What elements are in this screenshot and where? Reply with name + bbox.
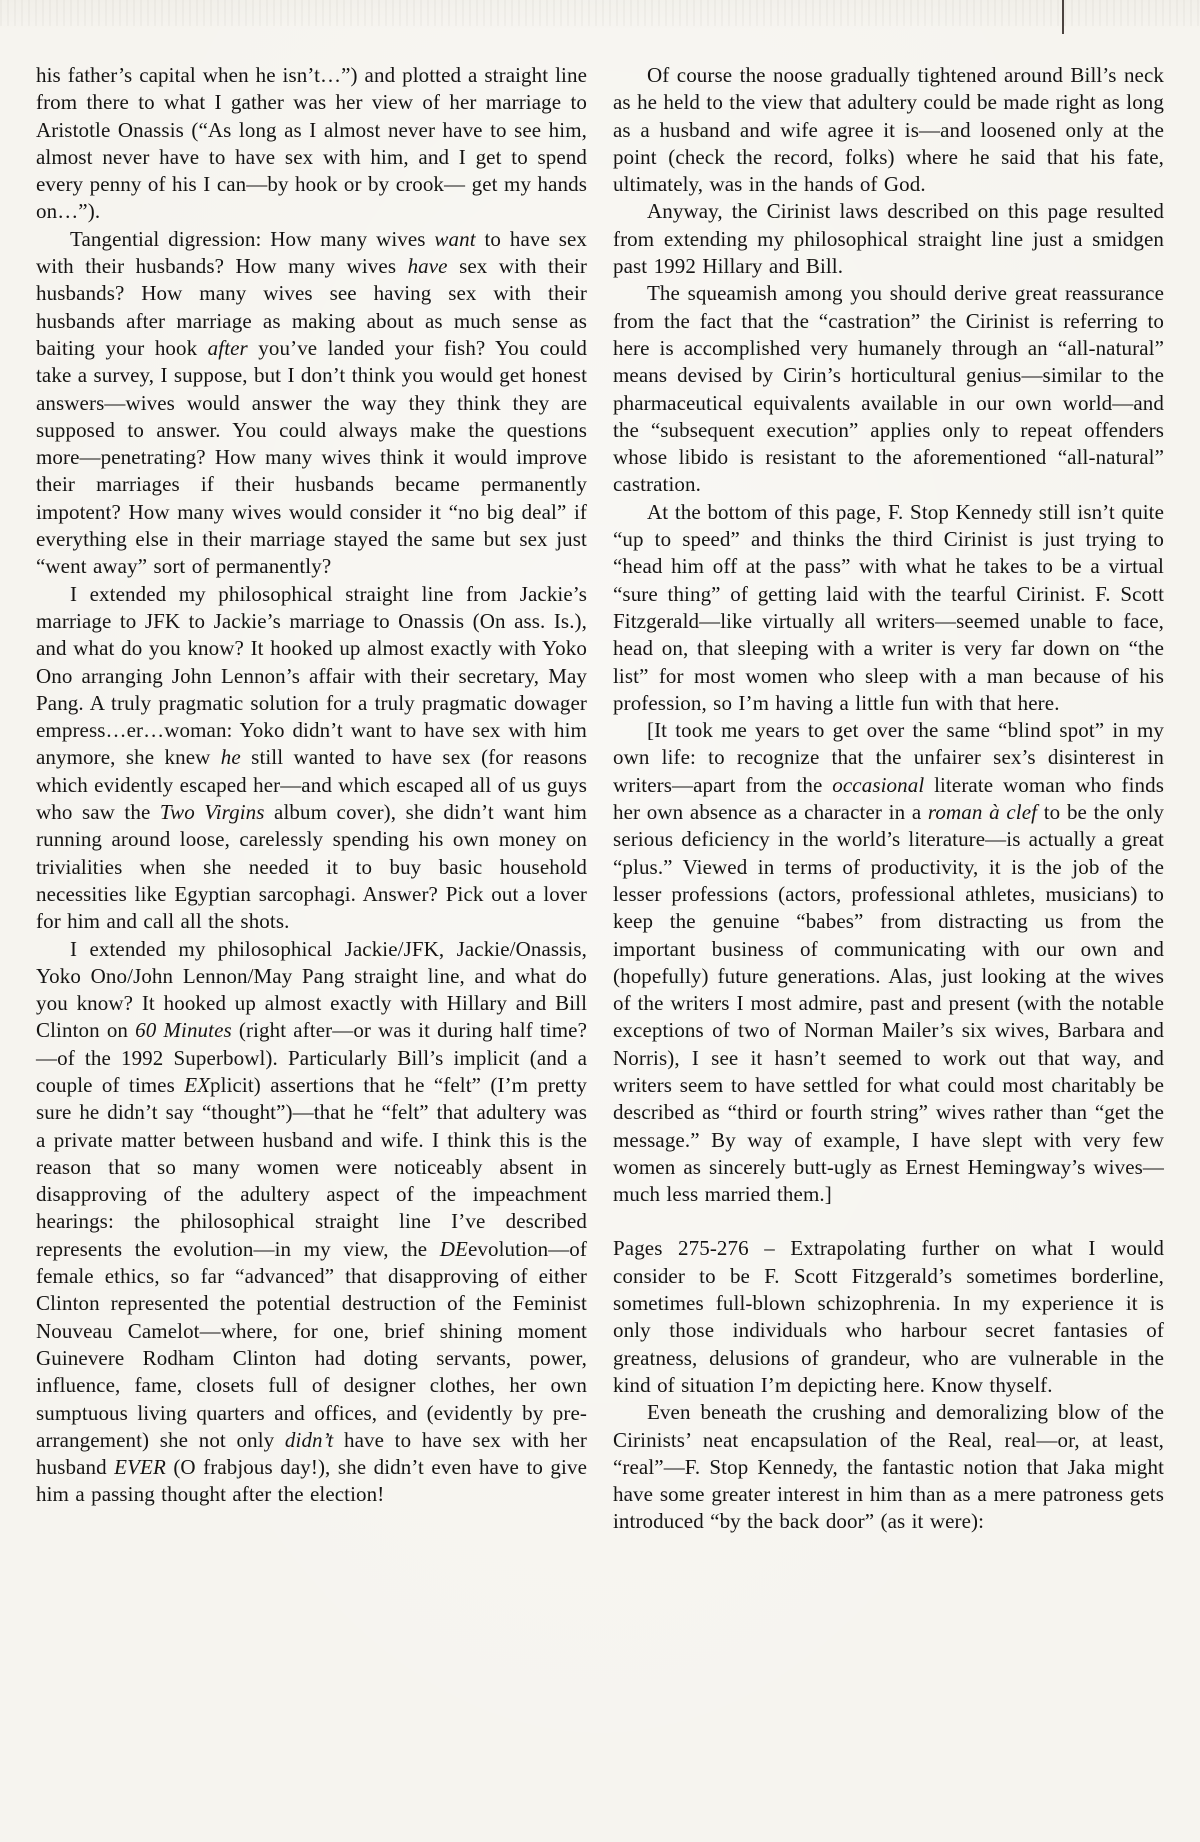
paragraph: Of course the noose gradually tightened … bbox=[613, 62, 1164, 198]
scan-artifact-mark bbox=[1062, 0, 1064, 34]
italic-text: occasional bbox=[832, 773, 924, 797]
italic-text: 60 Minutes bbox=[135, 1018, 232, 1042]
italic-text: he bbox=[221, 745, 241, 769]
text-column-left: his father’s capital when he isn’t…”) an… bbox=[36, 62, 587, 1536]
scanned-page: his father’s capital when he isn’t…”) an… bbox=[0, 0, 1200, 1842]
italic-text: DE bbox=[440, 1237, 468, 1261]
text-column-right: Of course the noose gradually tightened … bbox=[613, 62, 1164, 1536]
two-column-text-body: his father’s capital when he isn’t…”) an… bbox=[36, 62, 1164, 1536]
paragraph: I extended my philosophical straight lin… bbox=[36, 581, 587, 936]
italic-text: want bbox=[434, 227, 475, 251]
paragraph: Tangential digression: How many wives wa… bbox=[36, 226, 587, 581]
italic-text: didn’t bbox=[285, 1428, 333, 1452]
paragraph: The squeamish among you should derive gr… bbox=[613, 280, 1164, 498]
paragraph: At the bottom of this page, F. Stop Kenn… bbox=[613, 499, 1164, 717]
paragraph: [It took me years to get over the same “… bbox=[613, 717, 1164, 1208]
paragraph: Anyway, the Cirinist laws described on t… bbox=[613, 198, 1164, 280]
italic-text: roman à clef bbox=[928, 800, 1037, 824]
paragraph: his father’s capital when he isn’t…”) an… bbox=[36, 62, 587, 226]
paragraph: Pages 275-276 – Extrapolating further on… bbox=[613, 1235, 1164, 1399]
italic-text: after bbox=[208, 336, 248, 360]
scan-noise-top-edge bbox=[0, 0, 1200, 26]
italic-text: EX bbox=[184, 1073, 210, 1097]
italic-text: EVER bbox=[114, 1455, 166, 1479]
italic-text: Two Virgins bbox=[160, 800, 265, 824]
paragraph: I extended my philosophical Jackie/JFK, … bbox=[36, 936, 587, 1509]
italic-text: have bbox=[408, 254, 448, 278]
paragraph: Even beneath the crushing and demoralizi… bbox=[613, 1399, 1164, 1535]
